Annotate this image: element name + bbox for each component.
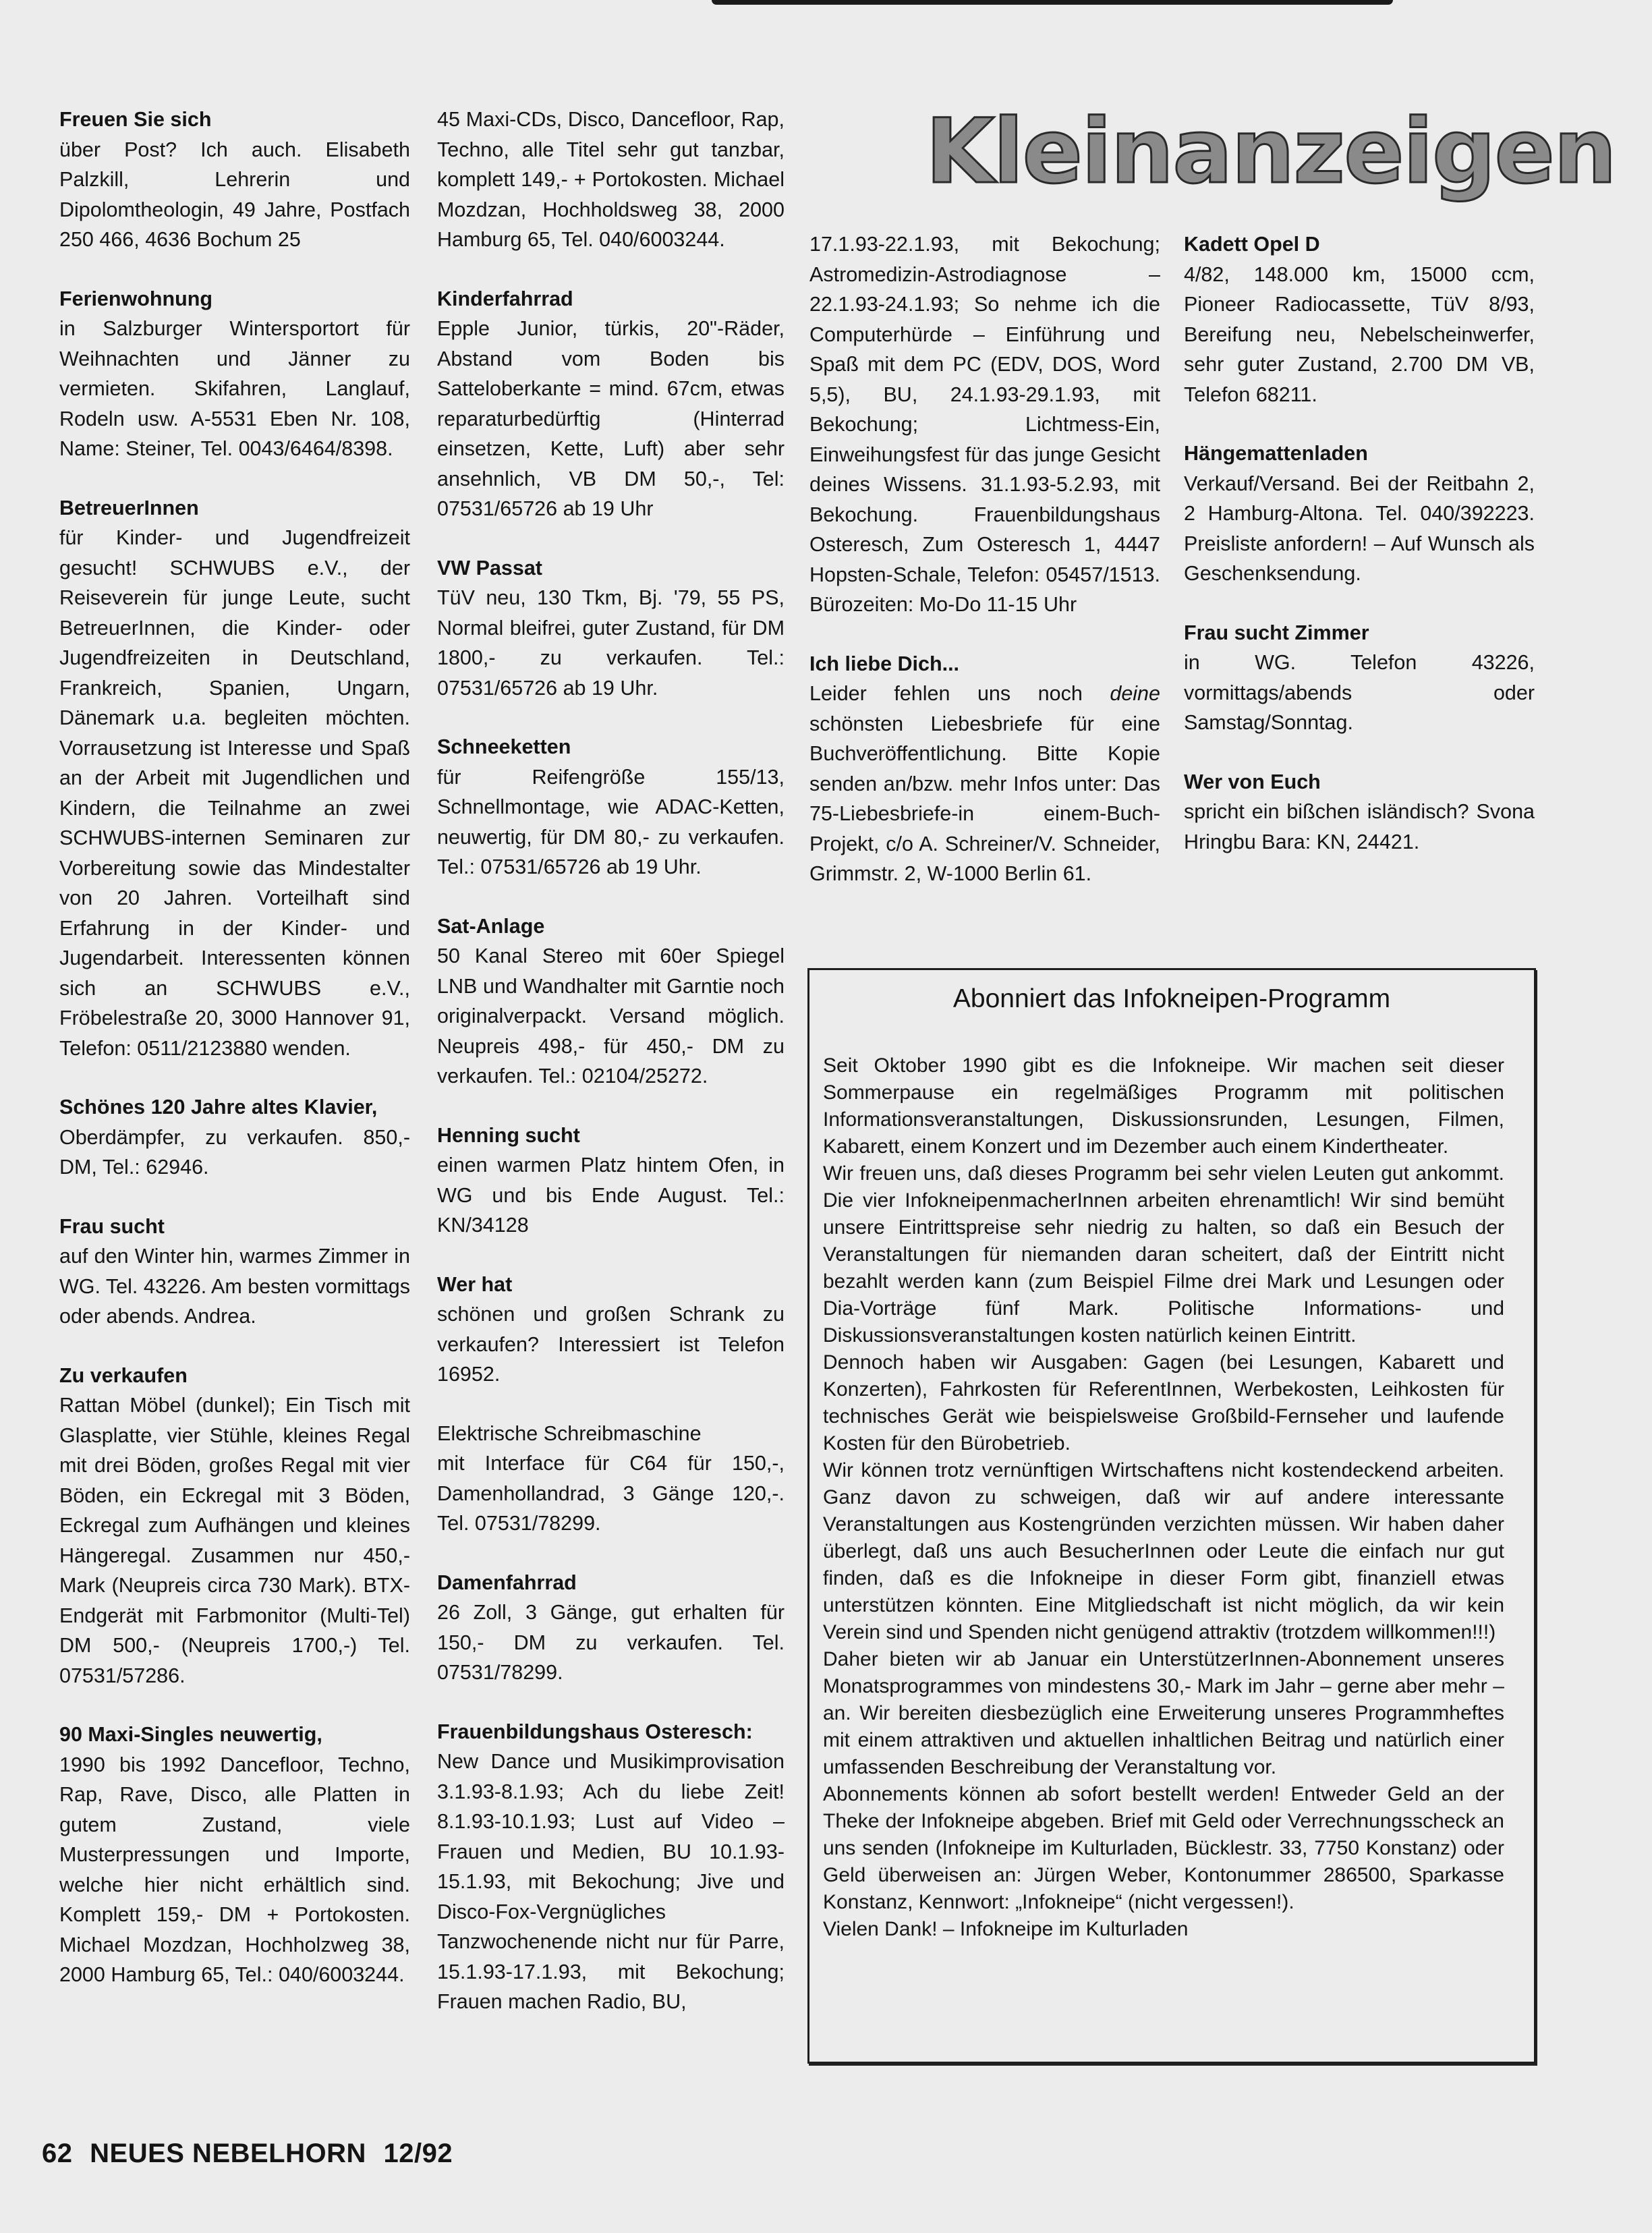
box-body: Seit Oktober 1990 gibt es die Infokneipe… (823, 1052, 1504, 1943)
ad-heading: Hängemattenladen (1184, 439, 1535, 469)
ad-body: TüV neu, 130 Tkm, Bj. '79, 55 PS, Normal… (437, 583, 785, 703)
ad-heading: 90 Maxi-Singles neuwertig, (59, 1720, 410, 1750)
issue-number: 12/92 (384, 2139, 453, 2168)
ad-body: Oberdämpfer, zu verkaufen. 850,- DM, Tel… (59, 1123, 410, 1183)
ad-body: für Reifengröße 155/13, Schnellmontage, … (437, 762, 785, 882)
ad-heading: Wer hat (437, 1270, 785, 1300)
ad-heading: Damenfahrrad (437, 1568, 785, 1598)
column-3: 17.1.93-22.1.93, mit Bekochung; Astromed… (809, 229, 1160, 918)
infokneipe-subscription-box: Abonniert das Infokneipen-Programm Seit … (807, 968, 1536, 2064)
page-footer: 62 NEUES NEBELHORN 12/92 (42, 2139, 462, 2169)
classified-ad: Schönes 120 Jahre altes Klavier,Oberdämp… (59, 1092, 410, 1183)
classified-ad-continued: 45 Maxi-CDs, Disco, Dancefloor, Rap, Tec… (437, 105, 785, 255)
ad-heading: Frau sucht (59, 1212, 410, 1242)
page-title: Kleinanzeigen (925, 101, 1533, 202)
ad-heading: Schneeketten (437, 732, 785, 762)
ad-body: mit Interface für C64 für 150,-, Damenho… (437, 1448, 785, 1539)
ad-body: über Post? Ich auch. Elisabeth Palzkill,… (59, 135, 410, 255)
ad-body: 1990 bis 1992 Dancefloor, Techno, Rap, R… (59, 1750, 410, 1990)
box-paragraph: Wir freuen uns, daß dieses Programm bei … (823, 1160, 1504, 1349)
classified-ad: Schneekettenfür Reifengröße 155/13, Schn… (437, 732, 785, 882)
ad-body: einen warmen Platz hintem Ofen, in WG un… (437, 1150, 785, 1241)
ad-body: Leider fehlen uns noch deine schönsten L… (809, 679, 1160, 889)
ad-body: Verkauf/Versand. Bei der Reitbahn 2, 2 H… (1184, 469, 1535, 589)
page-number: 62 (42, 2139, 73, 2168)
classified-ad: Wer von Euchspricht ein bißchen isländis… (1184, 767, 1535, 857)
box-paragraph: Seit Oktober 1990 gibt es die Infokneipe… (823, 1052, 1504, 1160)
box-paragraph: Dennoch haben wir Ausgaben: Gagen (bei L… (823, 1349, 1504, 1457)
ad-heading: Zu verkaufen (59, 1361, 410, 1391)
ad-heading: Ich liebe Dich... (809, 649, 1160, 679)
ad-body: New Dance und Musikimprovisation 3.1.93-… (437, 1747, 785, 2017)
box-title: Abonniert das Infokneipen-Programm (809, 982, 1534, 1016)
classified-ad: Elektrische Schreibmaschinemit Interface… (437, 1419, 785, 1539)
box-paragraph: Vielen Dank! – Infokneipe im Kulturladen (823, 1916, 1504, 1943)
ad-heading: Elektrische Schreibmaschine (437, 1419, 785, 1449)
classified-ad: Wer hatschönen und großen Schrank zu ver… (437, 1270, 785, 1390)
ad-heading: Wer von Euch (1184, 767, 1535, 797)
classified-ad: Henning suchteinen warmen Platz hintem O… (437, 1121, 785, 1241)
box-paragraph: Wir können trotz vernünftigen Wirtschaft… (823, 1457, 1504, 1646)
ad-body: 17.1.93-22.1.93, mit Bekochung; Astromed… (809, 229, 1160, 620)
column-1: Freuen Sie sichüber Post? Ich auch. Elis… (59, 105, 410, 2019)
classified-ad: Ferienwohnungin Salzburger Wintersportor… (59, 284, 410, 464)
ad-heading: BetreuerInnen (59, 493, 410, 524)
ad-heading: Frau sucht Zimmer (1184, 618, 1535, 648)
classified-ad: Kadett Opel D4/82, 148.000 km, 15000 ccm… (1184, 229, 1535, 409)
ad-heading: Freuen Sie sich (59, 105, 410, 135)
emphasis: deine (1110, 682, 1160, 705)
box-paragraph: Abonnements können ab sofort bestellt we… (823, 1781, 1504, 1916)
ad-heading: Kinderfahrrad (437, 284, 785, 314)
classified-ad: Frau suchtauf den Winter hin, warmes Zim… (59, 1212, 410, 1332)
column-4: Kadett Opel D4/82, 148.000 km, 15000 ccm… (1184, 229, 1535, 886)
classified-ad: Sat-Anlage50 Kanal Stereo mit 60er Spieg… (437, 911, 785, 1092)
classified-ad: Zu verkaufenRattan Möbel (dunkel); Ein T… (59, 1361, 410, 1691)
ad-body: schönen und großen Schrank zu verkaufen?… (437, 1299, 785, 1390)
classified-ad: Frauenbildungshaus Osteresch:New Dance u… (437, 1717, 785, 2017)
ad-body: in Salzburger Wintersportort für Weihnac… (59, 314, 410, 464)
ad-heading: Ferienwohnung (59, 284, 410, 314)
ad-body: 4/82, 148.000 km, 15000 ccm, Pioneer Rad… (1184, 260, 1535, 410)
ad-body: auf den Winter hin, warmes Zimmer in WG.… (59, 1241, 410, 1332)
classified-ad: Freuen Sie sichüber Post? Ich auch. Elis… (59, 105, 410, 255)
ad-heading: VW Passat (437, 553, 785, 584)
classified-ad: Frau sucht Zimmerin WG. Telefon 43226, v… (1184, 618, 1535, 738)
ad-body: 26 Zoll, 3 Gänge, gut erhalten für 150,-… (437, 1598, 785, 1688)
classified-ad: KinderfahrradEpple Junior, türkis, 20"-R… (437, 284, 785, 524)
ad-heading: Schönes 120 Jahre altes Klavier, (59, 1092, 410, 1123)
classified-ad-continued: 17.1.93-22.1.93, mit Bekochung; Astromed… (809, 229, 1160, 620)
classified-ad: Damenfahrrad26 Zoll, 3 Gänge, gut erhalt… (437, 1568, 785, 1688)
ad-body: 45 Maxi-CDs, Disco, Dancefloor, Rap, Tec… (437, 105, 785, 255)
ad-body: für Kinder- und Jugendfreizeit gesucht! … (59, 523, 410, 1063)
classified-ad: VW PassatTüV neu, 130 Tkm, Bj. '79, 55 P… (437, 553, 785, 704)
column-2: 45 Maxi-CDs, Disco, Dancefloor, Rap, Tec… (437, 105, 785, 2046)
ad-heading: Kadett Opel D (1184, 229, 1535, 260)
ad-body: Rattan Möbel (dunkel); Ein Tisch mit Gla… (59, 1390, 410, 1691)
ad-body: spricht ein bißchen isländisch? Svona Hr… (1184, 797, 1535, 857)
classified-ad: HängemattenladenVerkauf/Versand. Bei der… (1184, 439, 1535, 589)
ad-heading: Sat-Anlage (437, 911, 785, 942)
ad-body: Epple Junior, türkis, 20"-Räder, Abstand… (437, 314, 785, 524)
scan-edge-strip (712, 0, 1393, 5)
classified-ad: Ich liebe Dich...Leider fehlen uns noch … (809, 649, 1160, 889)
ad-body: 50 Kanal Stereo mit 60er Spiegel LNB und… (437, 941, 785, 1092)
publication-name: NEUES NEBELHORN (90, 2139, 366, 2168)
box-paragraph: Daher bieten wir ab Januar ein Unterstüt… (823, 1646, 1504, 1781)
ad-heading: Henning sucht (437, 1121, 785, 1151)
classified-ad: 90 Maxi-Singles neuwertig,1990 bis 1992 … (59, 1720, 410, 1990)
ad-heading: Frauenbildungshaus Osteresch: (437, 1717, 785, 1747)
classified-ad: BetreuerInnenfür Kinder- und Jugendfreiz… (59, 493, 410, 1064)
ad-body: in WG. Telefon 43226, vormittags/abends … (1184, 648, 1535, 738)
